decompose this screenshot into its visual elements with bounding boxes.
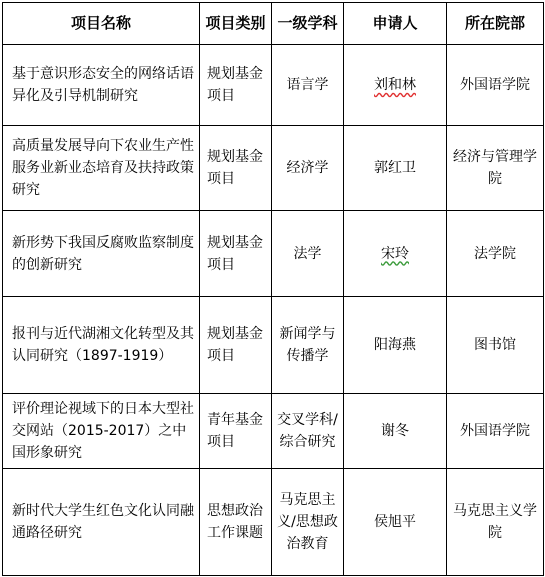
cell-project-name: 基于意识形态安全的网络话语异化及引导机制研究 — [3, 45, 200, 126]
cell-project-name: 评价理论视域下的日本大型社交网站（2015-2017）之中国形象研究 — [3, 394, 200, 469]
cell-category: 规划基金项目 — [200, 45, 272, 126]
table-row: 报刊与近代湖湘文化转型及其认同研究（1897-1919） 规划基金项目 新闻学与… — [3, 297, 544, 394]
cell-department: 外国语学院 — [447, 394, 544, 469]
cell-department: 马克思主义学院 — [447, 469, 544, 576]
cell-applicant: 宋玲 — [344, 211, 447, 297]
cell-applicant: 刘和林 — [344, 45, 447, 126]
cell-category: 规划基金项目 — [200, 211, 272, 297]
header-project-category: 项目类别 — [200, 3, 272, 45]
header-applicant: 申请人 — [344, 3, 447, 45]
cell-category: 青年基金项目 — [200, 394, 272, 469]
header-project-name: 项目名称 — [3, 3, 200, 45]
cell-project-name: 新形势下我国反腐败监察制度的创新研究 — [3, 211, 200, 297]
cell-project-name: 报刊与近代湖湘文化转型及其认同研究（1897-1919） — [3, 297, 200, 394]
table-row: 新形势下我国反腐败监察制度的创新研究 规划基金项目 法学 宋玲 法学院 — [3, 211, 544, 297]
table-row: 评价理论视域下的日本大型社交网站（2015-2017）之中国形象研究 青年基金项… — [3, 394, 544, 469]
header-department: 所在院部 — [447, 3, 544, 45]
cell-project-name: 新时代大学生红色文化认同融通路径研究 — [3, 469, 200, 576]
header-row: 项目名称 项目类别 一级学科 申请人 所在院部 — [3, 3, 544, 45]
cell-department: 图书馆 — [447, 297, 544, 394]
table-row: 新时代大学生红色文化认同融通路径研究 思想政治工作课题 马克思主义/思想政治教育… — [3, 469, 544, 576]
table-row: 高质量发展导向下农业生产性服务业新业态培育及扶持政策研究 规划基金项目 经济学 … — [3, 126, 544, 211]
cell-department: 外国语学院 — [447, 45, 544, 126]
cell-applicant: 谢冬 — [344, 394, 447, 469]
header-discipline: 一级学科 — [272, 3, 344, 45]
cell-category: 规划基金项目 — [200, 126, 272, 211]
cell-discipline: 新闻学与传播学 — [272, 297, 344, 394]
cell-discipline: 交叉学科/综合研究 — [272, 394, 344, 469]
cell-category: 规划基金项目 — [200, 297, 272, 394]
project-table: 项目名称 项目类别 一级学科 申请人 所在院部 基于意识形态安全的网络话语异化及… — [2, 2, 544, 576]
applicant-name: 刘和林 — [374, 77, 416, 93]
cell-applicant: 郭红卫 — [344, 126, 447, 211]
cell-applicant: 侯旭平 — [344, 469, 447, 576]
table-row: 基于意识形态安全的网络话语异化及引导机制研究 规划基金项目 语言学 刘和林 外国… — [3, 45, 544, 126]
cell-project-name: 高质量发展导向下农业生产性服务业新业态培育及扶持政策研究 — [3, 126, 200, 211]
cell-category: 思想政治工作课题 — [200, 469, 272, 576]
cell-department: 法学院 — [447, 211, 544, 297]
cell-discipline: 语言学 — [272, 45, 344, 126]
cell-department: 经济与管理学院 — [447, 126, 544, 211]
cell-discipline: 法学 — [272, 211, 344, 297]
cell-applicant: 阳海燕 — [344, 297, 447, 394]
cell-discipline: 马克思主义/思想政治教育 — [272, 469, 344, 576]
applicant-name: 宋玲 — [381, 246, 409, 262]
cell-discipline: 经济学 — [272, 126, 344, 211]
